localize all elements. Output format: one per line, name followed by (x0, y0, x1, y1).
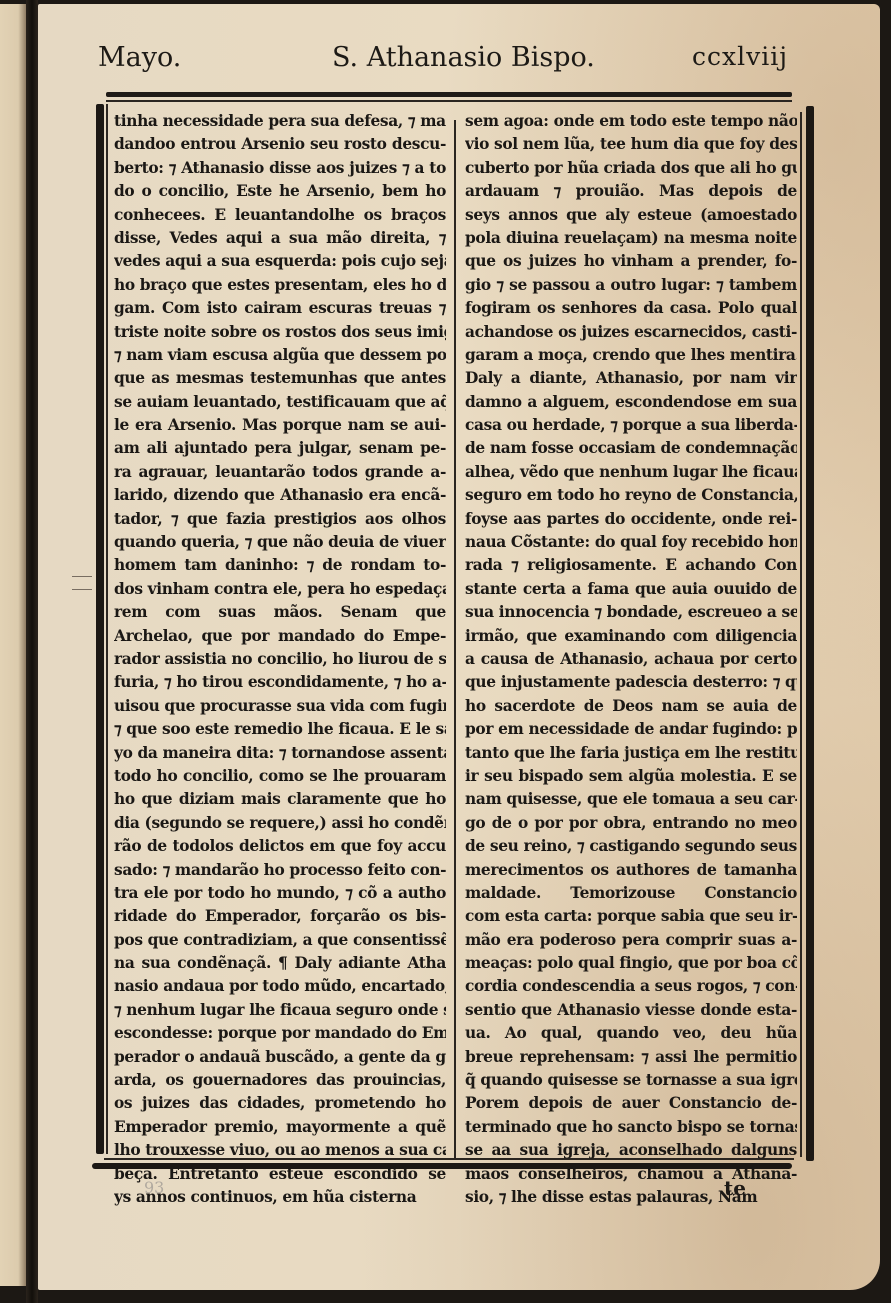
text-line: rem com suas mãos. Senam que (114, 601, 446, 624)
text-line: garam a moça, crendo que lhes mentira. (465, 344, 797, 367)
top-rule-thick (106, 92, 792, 97)
text-line: maldade. Temorizouse Constancio (465, 882, 797, 905)
text-line: triste noite sobre os rostos dos seus im… (114, 321, 446, 344)
text-line: berto: ⁊ Athanasio disse aos juizes ⁊ a … (114, 157, 446, 180)
text-line: lho trouxesse viuo, ou ao menos a sua ca (114, 1139, 446, 1162)
right-frame-rule-thick (806, 106, 814, 1161)
text-line: rador assistia no concilio, ho liurou de… (114, 648, 446, 671)
text-line: todo ho concilio, como se lhe prouaram (114, 765, 446, 788)
text-line: furia, ⁊ ho tirou escondidamente, ⁊ ho a… (114, 671, 446, 694)
text-line: cuberto por hũa criada dos que ali ho gu (465, 157, 797, 180)
text-line: foyse aas partes do occidente, onde rei- (465, 508, 797, 531)
text-line: ra agrauar, leuantarão todos grande a- (114, 461, 446, 484)
text-line: sio, ⁊ lhe disse estas palauras, Nam (465, 1186, 797, 1209)
text-line: cordia condescendia a seus rogos, ⁊ con- (465, 975, 797, 998)
text-line: irmão, que examinando com diligencia (465, 625, 797, 648)
text-line: naua Cõstante: do qual foy recebido hon (465, 531, 797, 554)
left-frame-rule-thick (96, 104, 104, 1154)
text-line: nam quisesse, que ele tomaua a seu car- (465, 788, 797, 811)
text-line: seys annos que aly esteue (amoestado (465, 204, 797, 227)
text-line: damno a alguem, escondendose em sua (465, 391, 797, 414)
text-line: gam. Com isto cairam escuras treuas ⁊ (114, 297, 446, 320)
text-line: com esta carta: porque sabia que seu ir- (465, 905, 797, 928)
text-column-left: tinha necessidade pera sua defesa, ⁊ man… (114, 110, 446, 1209)
text-line: ua. Ao qual, quando veo, deu hũa (465, 1022, 797, 1045)
text-line: se auiam leuantado, testificauam que aq̃… (114, 391, 446, 414)
text-line: ho braço que estes presentam, eles ho di… (114, 274, 446, 297)
text-line: disse, Vedes aqui a sua mão direita, ⁊ (114, 227, 446, 250)
faded-folio-mark: 93 (144, 1178, 164, 1197)
text-line: pola diuina reuelaçam) na mesma noite (465, 227, 797, 250)
text-line: rada ⁊ religiosamente. E achando Con (465, 554, 797, 577)
running-head-month: Mayo. (98, 42, 181, 73)
text-line: dia (segundo se requere,) assi ho condẽn… (114, 812, 446, 835)
text-line: merecimentos os authores de tamanha (465, 859, 797, 882)
text-line: tra ele por todo ho mundo, ⁊ cõ a autho (114, 882, 446, 905)
text-line: ho que diziam mais claramente que ho (114, 788, 446, 811)
text-line: sado: ⁊ mandarão ho processo feito con- (114, 859, 446, 882)
text-line: escondesse: porque por mandado do Em (114, 1022, 446, 1045)
text-line: alhea, vẽdo que nenhum lugar lhe ficaua (465, 461, 797, 484)
book-gutter (26, 0, 38, 1303)
running-head: Mayo. S. Athanasio Bispo. ccxlviij (98, 42, 788, 82)
text-line: mão era poderoso pera comprir suas a- (465, 929, 797, 952)
text-line: que os juizes ho vinham a prender, fo- (465, 250, 797, 273)
text-line: de seu reino, ⁊ castigando segundo seus (465, 835, 797, 858)
text-line: ho sacerdote de Deos nam se auia de (465, 695, 797, 718)
text-line: yo da maneira dita: ⁊ tornandose assenta… (114, 742, 446, 765)
text-line: vedes aqui a sua esquerda: pois cujo sej… (114, 250, 446, 273)
running-head-title: S. Athanasio Bispo. (332, 42, 595, 73)
text-line: que as mesmas testemunhas que antes (114, 367, 446, 390)
text-line: tinha necessidade pera sua defesa, ⁊ man (114, 110, 446, 133)
marginal-pen-mark (72, 576, 92, 590)
scanned-book-spread: Mayo. S. Athanasio Bispo. ccxlviij tinha… (0, 0, 891, 1303)
column-divider (454, 120, 456, 1160)
text-line: arda, os gouernadores das prouincias, (114, 1069, 446, 1092)
text-line: conhecees. E leuantandolhe os braços (114, 204, 446, 227)
text-line: breue reprehensam: ⁊ assi lhe permitio (465, 1046, 797, 1069)
text-line: nasio andaua por todo mũdo, encartado, (114, 975, 446, 998)
text-line: fogiram os senhores da casa. Polo qual (465, 297, 797, 320)
text-line: por em necessidade de andar fugindo: por (465, 718, 797, 741)
text-line: ⁊ que soo este remedio lhe ficaua. E le … (114, 718, 446, 741)
text-line: ⁊ nam viam escusa algũa que dessem por (114, 344, 446, 367)
text-line: seguro em todo ho reyno de Constancia, (465, 484, 797, 507)
text-line: ⁊ nenhum lugar lhe ficaua seguro onde se (114, 999, 446, 1022)
text-line: go de o por por obra, entrando no meo (465, 812, 797, 835)
text-line: os juizes das cidades, prometendo ho (114, 1092, 446, 1115)
text-line: ardauam ⁊ prouião. Mas depois de (465, 180, 797, 203)
top-rule-thin (106, 100, 792, 102)
text-line: do o concilio, Este he Arsenio, bem ho (114, 180, 446, 203)
text-line: se aa sua igreja, aconselhado dalguns (465, 1139, 797, 1162)
text-line: achandose os juizes escarnecidos, casti- (465, 321, 797, 344)
text-line: maos conselheiros, chamou a Athana- (465, 1163, 797, 1186)
text-line: Archelao, que por mandado do Empe- (114, 625, 446, 648)
right-frame-rule-thin (800, 112, 802, 1157)
text-line: tanto que lhe faria justiça em lhe resti… (465, 742, 797, 765)
text-line: meaças: polo qual fingio, que por boa cõ (465, 952, 797, 975)
text-line: larido, dizendo que Athanasio era encã- (114, 484, 446, 507)
text-line: casa ou herdade, ⁊ porque a sua liberda- (465, 414, 797, 437)
text-line: Emperador premio, mayormente a quẽ (114, 1116, 446, 1139)
previous-page-edge (0, 4, 26, 1286)
text-line: am ali ajuntado pera julgar, senam pe- (114, 437, 446, 460)
text-line: ridade do Emperador, forçarão os bis- (114, 905, 446, 928)
text-line: na sua condẽnaçã. ¶ Daly adiante Atha (114, 952, 446, 975)
text-line: dos vinham contra ele, pera ho espedaça (114, 578, 446, 601)
text-line: sentio que Athanasio viesse donde esta- (465, 999, 797, 1022)
text-line: le era Arsenio. Mas porque nam se aui- (114, 414, 446, 437)
text-line: pos que contradiziam, a que consentissẽ (114, 929, 446, 952)
text-line: rão de todolos delictos em que foy accu (114, 835, 446, 858)
text-line: stante certa a fama que auia ouuido de (465, 578, 797, 601)
text-line: uisou que procurasse sua vida com fugir, (114, 695, 446, 718)
text-line: tador, ⁊ que fazia prestigios aos olhos (114, 508, 446, 531)
text-line: sua innocencia ⁊ bondade, escreueo a seu (465, 601, 797, 624)
text-line: ir seu bispado sem algũa molestia. E se (465, 765, 797, 788)
text-column-right: sem agoa: onde em todo este tempo nãovio… (465, 110, 797, 1209)
text-line: Porem depois de auer Constancio de- (465, 1092, 797, 1115)
text-line: perador o andauã buscãdo, a gente da gu (114, 1046, 446, 1069)
text-line: a causa de Athanasio, achaua por certo (465, 648, 797, 671)
text-line: dandoo entrou Arsenio seu rosto descu- (114, 133, 446, 156)
text-line: sem agoa: onde em todo este tempo não (465, 110, 797, 133)
left-frame-rule-thin (106, 104, 108, 1154)
text-line: q̃ quando quisesse se tornasse a sua igr… (465, 1069, 797, 1092)
text-line: homem tam daninho: ⁊ de rondam to- (114, 554, 446, 577)
text-line: vio sol nem lũa, tee hum dia que foy des… (465, 133, 797, 156)
text-line: gio ⁊ se passou a outro lugar: ⁊ tambem (465, 274, 797, 297)
text-line: de nam fosse occasiam de condemnação (465, 437, 797, 460)
text-line: quando queria, ⁊ que não deuia de viuer (114, 531, 446, 554)
text-line: Daly a diante, Athanasio, por nam vir (465, 367, 797, 390)
text-line: que injustamente padescia desterro: ⁊ qu… (465, 671, 797, 694)
text-line: terminado que ho sancto bispo se tornas (465, 1116, 797, 1139)
catchword-signature: te (724, 1176, 746, 1200)
folio-number: ccxlviij (692, 42, 788, 71)
